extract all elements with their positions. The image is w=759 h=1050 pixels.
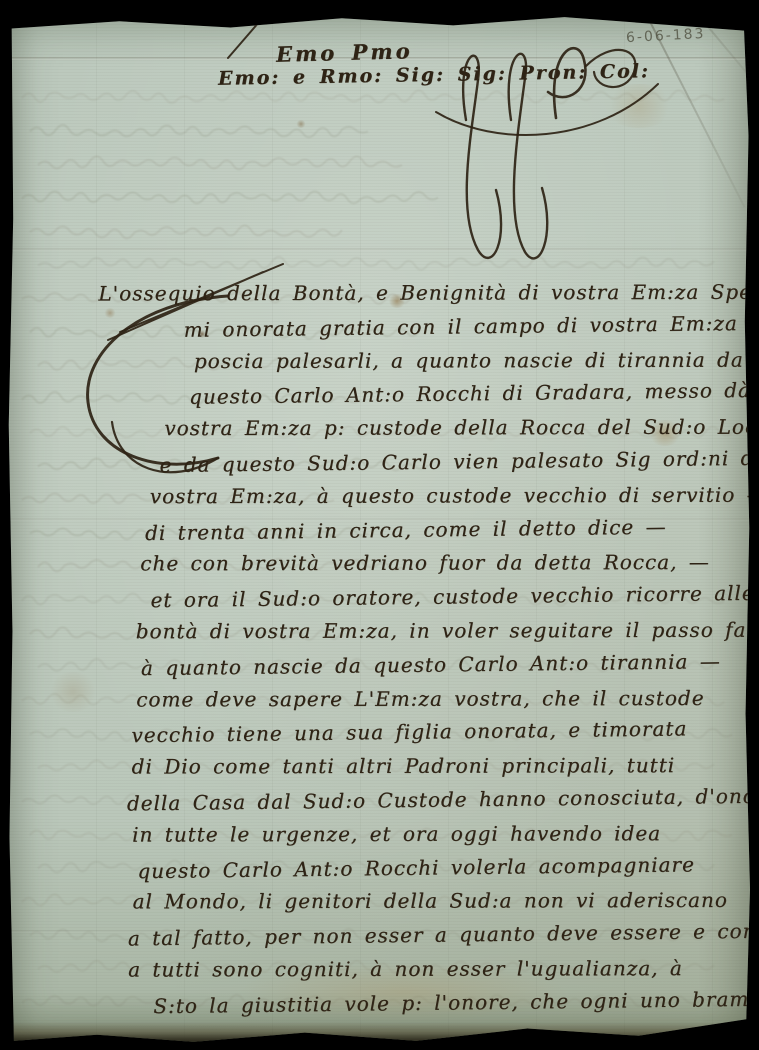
- photograph-background: 6-06-183 Emo Pmo Emo: e Rmo: Sig: Sig: P…: [0, 0, 759, 1050]
- body-line: come deve sapere L'Em:za vostra, che il …: [136, 688, 704, 709]
- body-line: che con brevità vedriano fuor da detta R…: [140, 552, 710, 573]
- body-line: al Mondo, li genitori della Sud:a non vi…: [133, 890, 728, 912]
- body-line: S:to la giustitia vole p: l'onore, che o…: [153, 989, 759, 1016]
- letter-paper-sheet: 6-06-183 Emo Pmo Emo: e Rmo: Sig: Sig: P…: [8, 12, 750, 1044]
- body-line: L'ossequio della Bontà, e Benignità di v…: [98, 282, 759, 304]
- body-line: di trenta anni in circa, come il detto d…: [145, 516, 667, 542]
- body-line: bontà di vostra Em:za, in voler seguitar…: [136, 620, 759, 642]
- body-line: et ora il Sud:o oratore, custode vecchio…: [150, 583, 754, 610]
- body-line: mi onorata gratia con il campo di vostra…: [183, 313, 737, 340]
- body-line: questo Carlo Ant:o Rocchi di Gradara, me…: [189, 380, 751, 407]
- letter-body: L'ossequio della Bontà, e Benignità di v…: [4, 9, 753, 1046]
- body-line: questo Carlo Ant:o Rocchi volerla acompa…: [137, 854, 695, 881]
- body-line: a tutti sono cogniti, à non esser l'ugua…: [128, 958, 683, 979]
- body-line: vostra Em:za, à questo custode vecchio d…: [150, 484, 759, 506]
- body-line: della Casa dal Sud:o Custode hanno conos…: [127, 786, 759, 814]
- body-line: poscia palesarli, a quanto nascie di tir…: [194, 349, 744, 370]
- body-line: a tal fatto, per non esser a quanto deve…: [128, 921, 759, 949]
- body-line: e da questo Sud:o Carlo vien palesato Si…: [159, 448, 759, 475]
- body-line: à quanto nascie da questo Carlo Ant:o ti…: [141, 651, 721, 678]
- body-line: vostra Em:za p: custode della Rocca del …: [164, 417, 759, 439]
- torn-bottom-edge: [8, 1022, 750, 1044]
- body-line: vecchio tiene una sua figlia onorata, e …: [131, 719, 687, 746]
- body-line: di Dio come tanti altri Padroni principa…: [132, 755, 676, 776]
- body-line: in tutte le urgenze, et ora oggi havendo…: [132, 823, 661, 844]
